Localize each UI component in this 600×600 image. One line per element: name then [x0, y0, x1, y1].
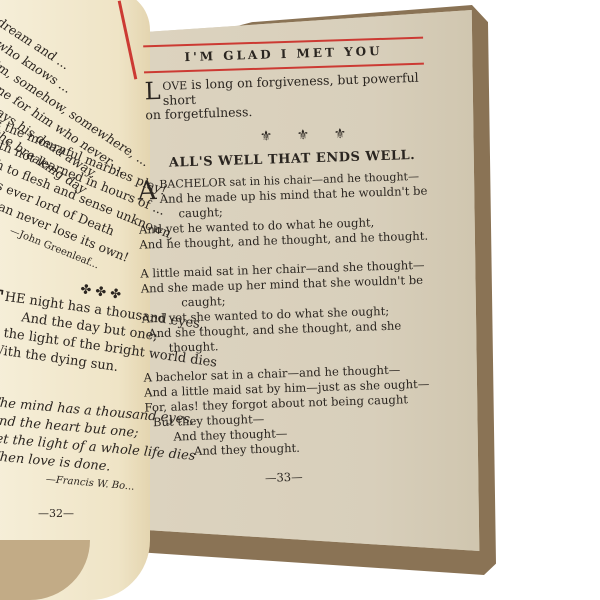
intro-text-line2: on forgetfulness.	[145, 104, 252, 122]
open-book-photo: ...will dream and ... ...ce He who knows…	[0, 0, 600, 600]
intro-text: is long on forgiveness, but powerful sho…	[163, 70, 419, 108]
stanza-2: A little maid sat in her chair—and she t…	[140, 257, 455, 357]
small-caps: OVE	[162, 79, 187, 93]
stanza-1: A BACHELOR sat in his chair—and he thoug…	[137, 168, 451, 253]
drop-cap: L	[144, 79, 161, 103]
intro-epigram: L OVE is long on forgiveness, but powerf…	[144, 70, 447, 122]
stanza-3: A bachelor sat in a chair—and he thought…	[143, 361, 458, 461]
poem-body: A BACHELOR sat in his chair—and he thoug…	[137, 168, 458, 461]
left-page-number: —32—	[38, 507, 74, 520]
left-poem-3: The mind has a thousand eyes, And the he…	[0, 394, 141, 497]
drop-cap: A	[137, 178, 157, 205]
poem-title: ALL'S WELL THAT ENDS WELL.	[169, 147, 449, 171]
fleur-de-lis-ornament: ⚜ ⚜ ⚜	[128, 123, 448, 149]
right-page-content: I'M GLAD I MET YOU L OVE is long on forg…	[125, 30, 459, 489]
running-head: I'M GLAD I MET YOU	[143, 31, 424, 76]
